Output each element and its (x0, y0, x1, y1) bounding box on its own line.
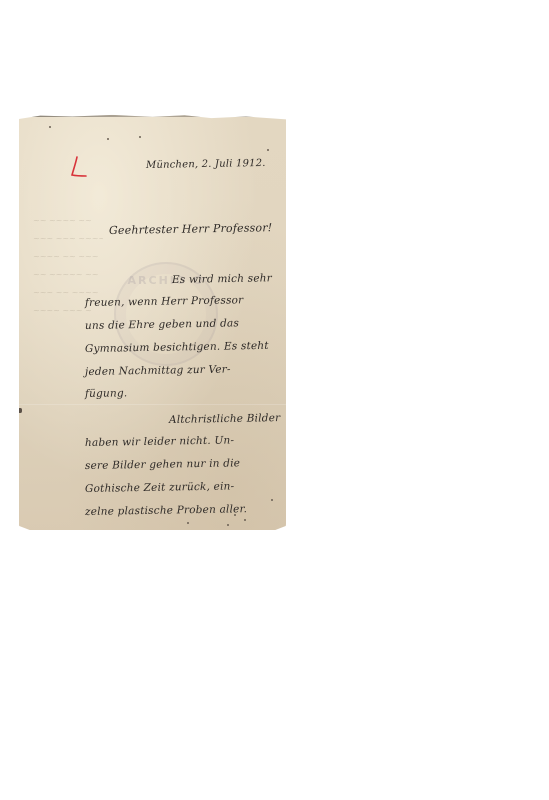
salutation: Geehrtester Herr Professor! (109, 221, 273, 237)
paper-speck (244, 519, 246, 521)
paper-speck (107, 138, 109, 140)
letter-line: jeden Nachmittag zur Ver- (85, 363, 231, 378)
letter-line: Gothische Zeit zurück, ein- (85, 480, 235, 495)
letter-line: zelne plastische Proben aller. (85, 503, 247, 518)
paper-speck (187, 522, 189, 524)
letter-line: freuen, wenn Herr Professor (85, 294, 244, 309)
punch-hole (18, 408, 22, 413)
letter-line: uns die Ehre geben und das (85, 317, 239, 332)
letter-line: Altchristliche Bilder (169, 412, 280, 426)
paper-speck (267, 149, 269, 151)
torn-top-edge (23, 115, 281, 117)
letter-line: Es wird mich sehr (172, 272, 272, 286)
paper-speck (49, 126, 51, 128)
paper-speck (139, 136, 141, 138)
paper-speck (227, 524, 229, 526)
place-and-date: München, 2. Juli 1912. (146, 158, 266, 171)
paper-speck (271, 499, 273, 501)
letter-line: sere Bilder gehen nur in die (85, 457, 240, 472)
letter-page: ~~ ~~~~ ~~ ~~~ ~~~ ~~~~ ~~~~ ~~ ~~~ ~~ ~… (19, 114, 286, 530)
paper-speck (234, 514, 236, 516)
paper-fold (19, 404, 286, 405)
red-pencil-mark-icon (71, 156, 87, 178)
letter-line: haben wir leider nicht. Un- (85, 434, 234, 449)
letter-line: Gymnasium besichtigen. Es steht (85, 340, 269, 355)
letter-line: fügung. (85, 387, 128, 400)
